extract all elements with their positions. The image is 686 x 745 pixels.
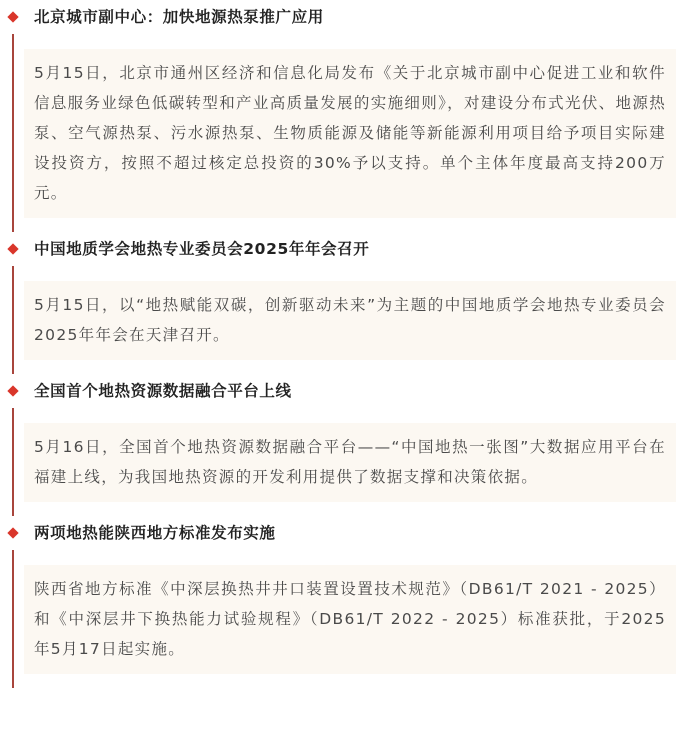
news-item-header: 两项地热能陕西地方标准发布实施 bbox=[0, 516, 686, 550]
news-item-content: 陕西省地方标准《中深层换热井井口装置设置技术规范》（DB61/T 2021 - … bbox=[24, 565, 676, 674]
news-item-title: 中国地质学会地热专业委员会2025年年会召开 bbox=[34, 237, 369, 259]
news-item: 两项地热能陕西地方标准发布实施 陕西省地方标准《中深层换热井井口装置设置技术规范… bbox=[0, 516, 686, 688]
timeline-line bbox=[12, 408, 14, 516]
diamond-bullet-icon bbox=[7, 11, 18, 22]
news-item-body: 5月15日，以“地热赋能双碳，创新驱动未来”为主题的中国地质学会地热专业委员会2… bbox=[0, 266, 686, 374]
diamond-bullet-icon bbox=[7, 243, 18, 254]
news-item-header: 全国首个地热资源数据融合平台上线 bbox=[0, 374, 686, 408]
timeline-line bbox=[12, 266, 14, 374]
diamond-bullet-icon bbox=[7, 385, 18, 396]
news-item-title: 北京城市副中心：加快地源热泵推广应用 bbox=[34, 5, 324, 27]
timeline-line bbox=[12, 34, 14, 232]
news-item-body: 5月15日，北京市通州区经济和信息化局发布《关于北京城市副中心促进工业和软件信息… bbox=[0, 34, 686, 232]
news-item-title: 两项地热能陕西地方标准发布实施 bbox=[34, 521, 276, 543]
timeline-line bbox=[12, 550, 14, 688]
news-item: 全国首个地热资源数据融合平台上线 5月16日，全国首个地热资源数据融合平台——“… bbox=[0, 374, 686, 516]
news-item-title: 全国首个地热资源数据融合平台上线 bbox=[34, 379, 292, 401]
news-item: 中国地质学会地热专业委员会2025年年会召开 5月15日，以“地热赋能双碳，创新… bbox=[0, 232, 686, 374]
news-item-body: 5月16日，全国首个地热资源数据融合平台——“中国地热一张图”大数据应用平台在福… bbox=[0, 408, 686, 516]
news-item: 北京城市副中心：加快地源热泵推广应用 5月15日，北京市通州区经济和信息化局发布… bbox=[0, 0, 686, 232]
news-item-header: 北京城市副中心：加快地源热泵推广应用 bbox=[0, 0, 686, 34]
diamond-bullet-icon bbox=[7, 527, 18, 538]
news-item-content: 5月15日，以“地热赋能双碳，创新驱动未来”为主题的中国地质学会地热专业委员会2… bbox=[24, 281, 676, 360]
news-item-content: 5月16日，全国首个地热资源数据融合平台——“中国地热一张图”大数据应用平台在福… bbox=[24, 423, 676, 502]
news-list: 北京城市副中心：加快地源热泵推广应用 5月15日，北京市通州区经济和信息化局发布… bbox=[0, 0, 686, 688]
news-item-body: 陕西省地方标准《中深层换热井井口装置设置技术规范》（DB61/T 2021 - … bbox=[0, 550, 686, 688]
news-item-content: 5月15日，北京市通州区经济和信息化局发布《关于北京城市副中心促进工业和软件信息… bbox=[24, 49, 676, 218]
news-item-header: 中国地质学会地热专业委员会2025年年会召开 bbox=[0, 232, 686, 266]
